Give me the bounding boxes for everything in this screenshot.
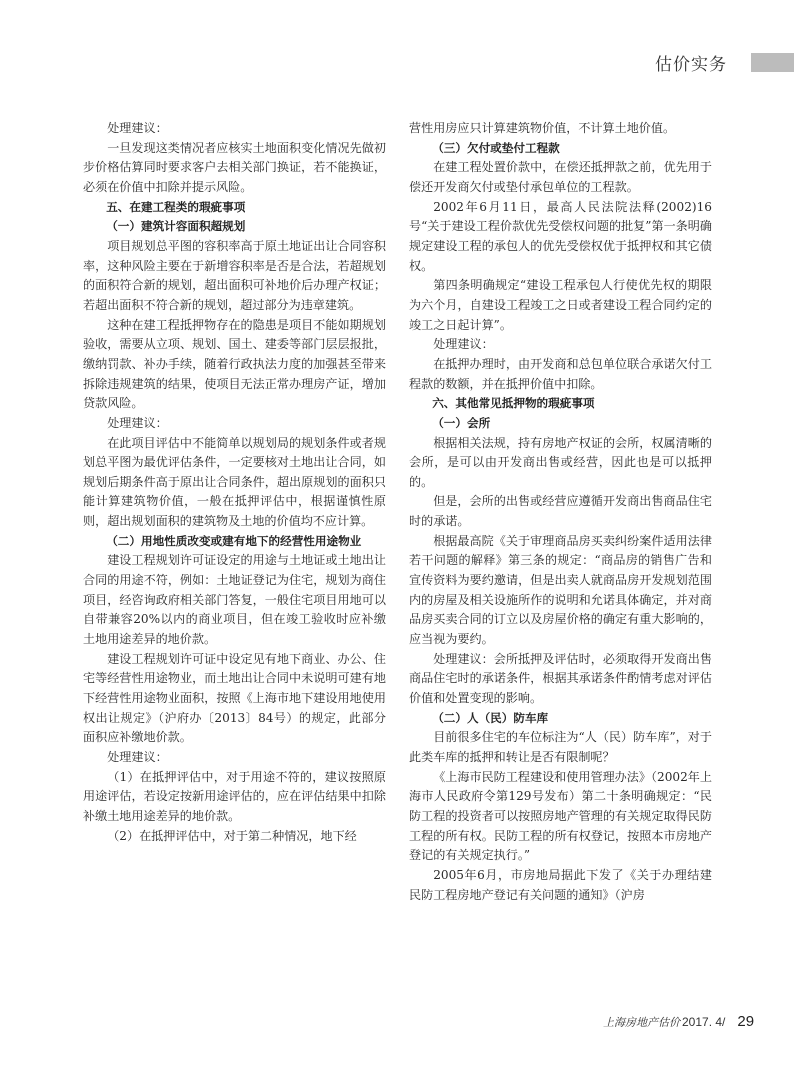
body-paragraph: 根据最高院《关于审理商品房买卖纠纷案件适用法律若干问题的解释》第三条的规定：“商… (409, 532, 712, 650)
subsection-heading: （一）会所 (409, 414, 712, 434)
page-number: 29 (737, 1013, 754, 1030)
body-paragraph: 建设工程规划许可证设定的用途与土地证或土地出让合同的用途不符，例如：土地证登记为… (83, 551, 386, 649)
body-paragraph: 处理建议： (83, 748, 386, 768)
magazine-logo: 上海房地产估价 (603, 1014, 680, 1030)
body-paragraph: 在抵押办理时，由开发商和总包单位联合承诺欠付工程款的数额，并在抵押价值中扣除。 (409, 355, 712, 394)
subsection-heading: （三）欠付或垫付工程款 (409, 139, 712, 159)
section-heading: 六、其他常见抵押物的瑕疵事项 (409, 394, 712, 414)
body-paragraph-continued: 营性用房应只计算建筑物价值，不计算土地价值。 (409, 119, 712, 139)
body-paragraph: 项目规划总平图的容积率高于原土地证出让合同容积率，这种风险主要在于新增容积率是否… (83, 237, 386, 316)
page-footer: 上海房地产估价 2017. 4/ 29 (603, 1013, 754, 1030)
left-column: 处理建议：一旦发现这类情况者应核实土地面积变化情况先做初步价格估算同时要求客户去… (83, 119, 386, 846)
subsection-heading: （二）人（民）防车库 (409, 709, 712, 729)
right-column: 营性用房应只计算建筑物价值，不计算土地价值。（三）欠付或垫付工程款在建工程处置价… (409, 119, 712, 905)
subsection-heading: （二）用地性质改变或建有地下的经营性用途物业 (83, 532, 386, 552)
body-paragraph: 2005年6月，市房地局据此下发了《关于办理结建民防工程房地产登记有关问题的通知… (409, 866, 712, 905)
body-paragraph: 在此项目评估中不能简单以规划局的规划条件或者规划总平图为最优评估条件，一定要核对… (83, 434, 386, 532)
body-paragraph: 在建工程处置价款中，在偿还抵押款之前，优先用于偿还开发商欠付或垫付承包单位的工程… (409, 158, 712, 197)
body-paragraph: 但是，会所的出售或经营应遵循开发商出售商品住宅时的承诺。 (409, 492, 712, 531)
body-paragraph: （2）在抵押评估中，对于第二种情况，地下经 (83, 827, 386, 847)
section-heading: 五、在建工程类的瑕疵事项 (83, 198, 386, 218)
body-paragraph: 2002年6月11日，最高人民法院法释(2002)16号“关于建设工程价款优先受… (409, 198, 712, 277)
section-title: 估价实务 (655, 50, 727, 75)
section-tab-bar (751, 53, 794, 72)
body-paragraph: 《上海市民防工程建设和使用管理办法》（2002年上海市人民政府令第129号发布）… (409, 768, 712, 866)
body-paragraph: （1）在抵押评估中，对于用途不符的，建议按照原用途评估，若设定按新用途评估的，应… (83, 768, 386, 827)
body-paragraph: 处理建议： (409, 335, 712, 355)
body-paragraph: 一旦发现这类情况者应核实土地面积变化情况先做初步价格估算同时要求客户去相关部门换… (83, 139, 386, 198)
body-paragraph: 处理建议： (83, 119, 386, 139)
body-paragraph: 这种在建工程抵押物存在的隐患是项目不能如期规划验收，需要从立项、规划、国土、建委… (83, 316, 386, 414)
body-paragraph: 根据相关法规，持有房地产权证的会所，权属清晰的会所，是可以由开发商出售或经营，因… (409, 434, 712, 493)
body-paragraph: 目前很多住宅的车位标注为“人（民）防车库”，对于此类车库的抵押和转让是否有限制呢… (409, 728, 712, 767)
issue-number: 2017. 4/ (682, 1015, 725, 1029)
body-paragraph: 处理建议：会所抵押及评估时，必须取得开发商出售商品住宅时的承诺条件，根据其承诺条… (409, 650, 712, 709)
body-paragraph: 第四条明确规定“建设工程承包人行使优先权的期限为六个月，自建设工程竣工之日或者建… (409, 276, 712, 335)
subsection-heading: （一）建筑计容面积超规划 (83, 217, 386, 237)
body-paragraph: 建设工程规划许可证中设定见有地下商业、办公、住宅等经营性用途物业，而土地出让合同… (83, 650, 386, 748)
body-paragraph: 处理建议： (83, 414, 386, 434)
